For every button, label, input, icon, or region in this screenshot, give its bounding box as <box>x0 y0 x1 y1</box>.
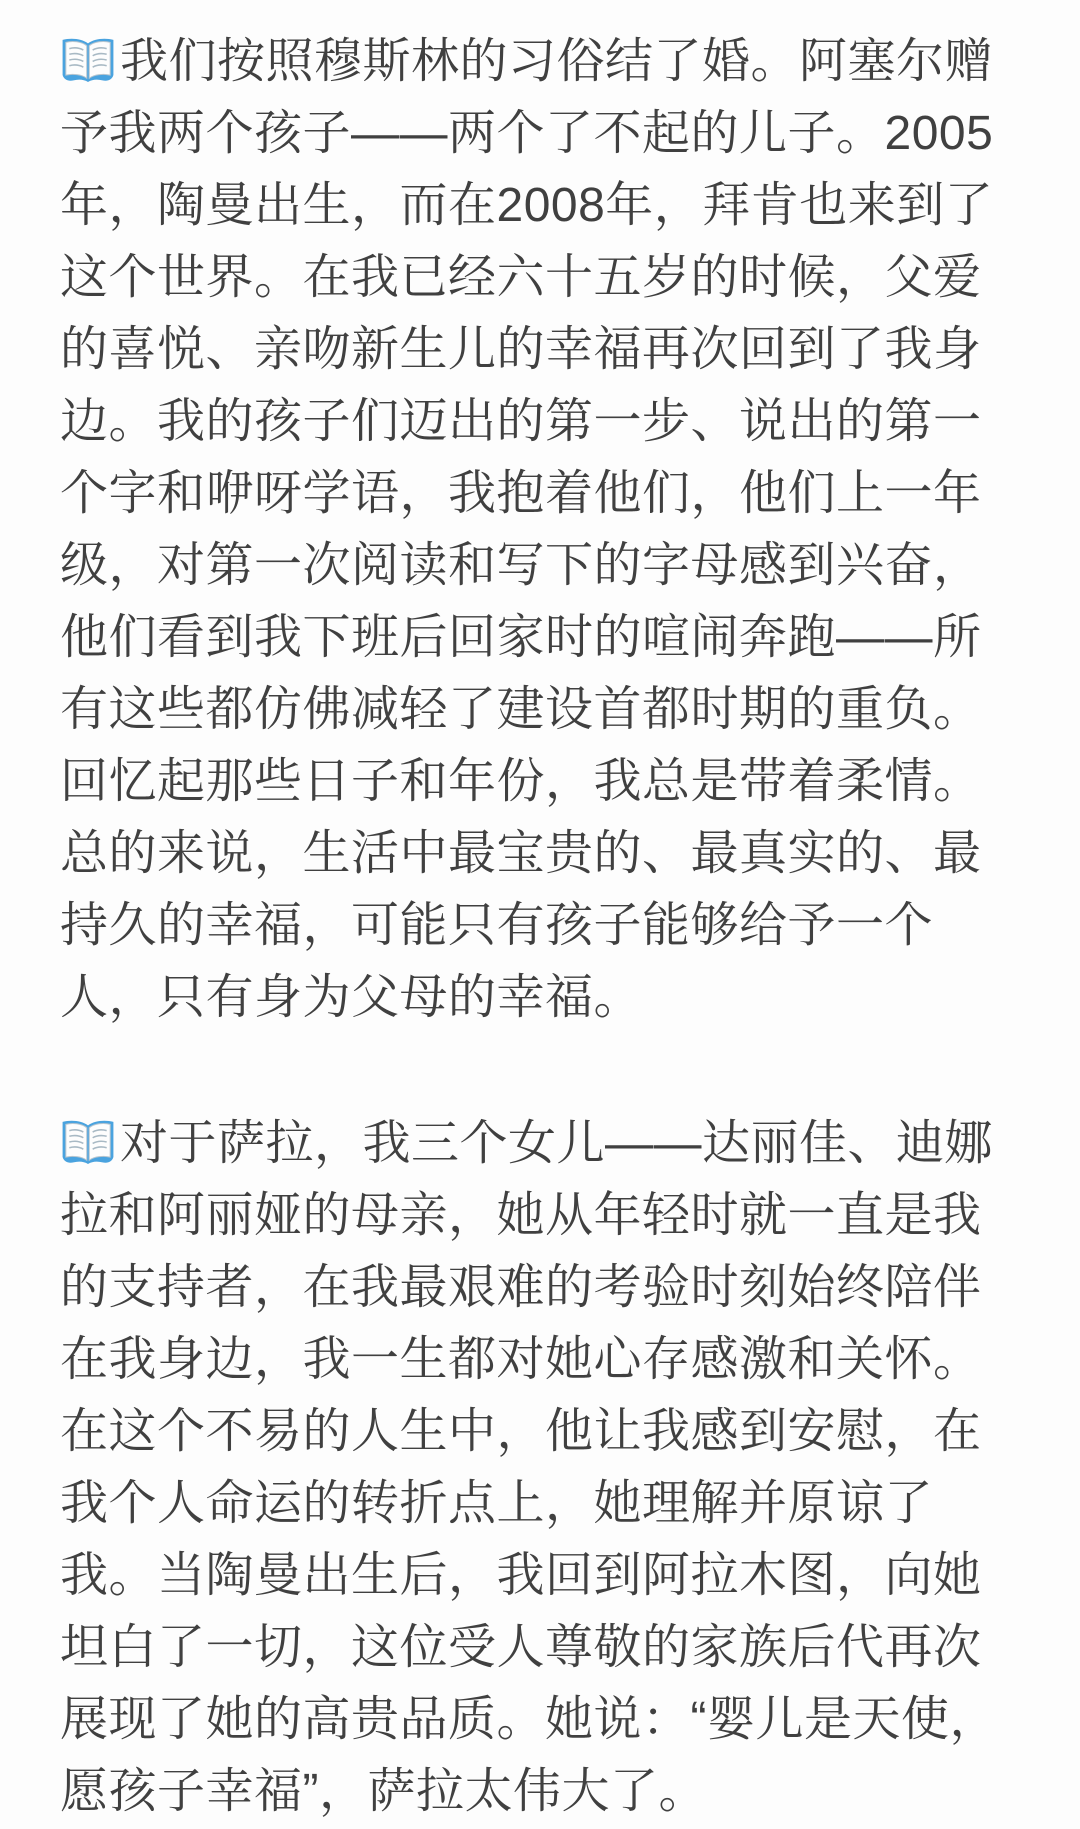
reader-page: 我们按照穆斯林的习俗结了婚。阿塞尔赠 予我两个孩子——两个了不起的儿子。2005… <box>0 0 1080 1829</box>
paragraph-1-text: 我们按照穆斯林的习俗结了婚。阿塞尔赠 予我两个孩子——两个了不起的儿子。2005… <box>60 35 993 1024</box>
paragraph-1: 我们按照穆斯林的习俗结了婚。阿塞尔赠 予我两个孩子——两个了不起的儿子。2005… <box>60 26 1024 1034</box>
open-book-icon <box>60 1118 116 1166</box>
open-book-icon <box>60 36 116 84</box>
paragraph-2-text: 对于萨拉，我三个女儿——达丽佳、迪娜 拉和阿丽娅的母亲，她从年轻时就一直是我 的… <box>60 1117 998 1818</box>
paragraph-2: 对于萨拉，我三个女儿——达丽佳、迪娜 拉和阿丽娅的母亲，她从年轻时就一直是我 的… <box>60 1108 1024 1828</box>
